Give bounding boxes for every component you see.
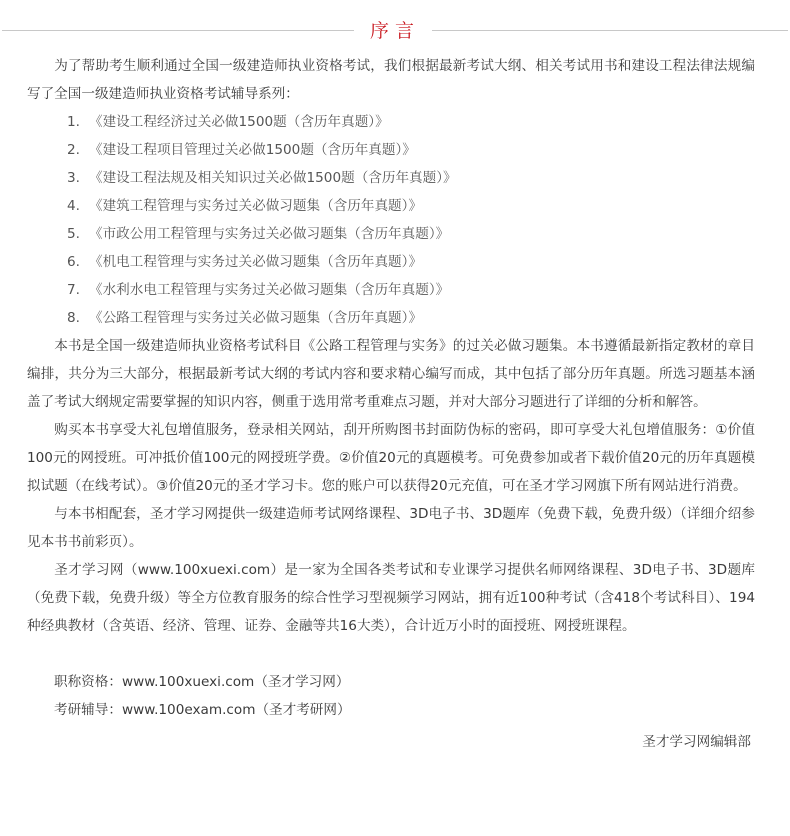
page-title: 序言 (360, 18, 430, 44)
list-number: 7. (67, 276, 89, 304)
list-item: 4.《建筑工程管理与实务过关必做习题集（含历年真题）》 (27, 192, 755, 220)
book-title: 《水利水电工程管理与实务过关必做习题集（含历年真题）》 (89, 282, 449, 298)
book-title: 《建设工程项目管理过关必做1500题（含历年真题）》 (89, 142, 416, 158)
link-suffix: （圣才学习网） (254, 674, 349, 690)
book-title: 《公路工程管理与实务过关必做习题集（含历年真题）》 (89, 310, 422, 326)
header-rule-left (2, 30, 354, 31)
intro-paragraph: 为了帮助考生顺利通过全国一级建造师执业资格考试，我们根据最新考试大纲、相关考试用… (27, 52, 755, 108)
link-row-exam: 考研辅导：www.100exam.com（圣才考研网） (54, 696, 755, 724)
list-item: 1.《建设工程经济过关必做1500题（含历年真题）》 (27, 108, 755, 136)
book-description-paragraph: 本书是全国一级建造师执业资格考试科目《公路工程管理与实务》的过关必做习题集。本书… (27, 332, 755, 416)
list-number: 5. (67, 220, 89, 248)
book-title: 《机电工程管理与实务过关必做习题集（含历年真题）》 (89, 254, 422, 270)
link-label: 职称资格： (54, 674, 122, 690)
spacer (27, 640, 755, 668)
link-label: 考研辅导： (54, 702, 122, 718)
website-intro-paragraph: 圣才学习网（www.100xuexi.com）是一家为全国各类考试和专业课学习提… (27, 556, 755, 640)
link-url-100xuexi[interactable]: www.100xuexi.com (122, 674, 254, 690)
header-rule-right (432, 30, 788, 31)
list-item: 2.《建设工程项目管理过关必做1500题（含历年真题）》 (27, 136, 755, 164)
preface-body: 为了帮助考生顺利通过全国一级建造师执业资格考试，我们根据最新考试大纲、相关考试用… (27, 52, 755, 756)
book-series-list: 1.《建设工程经济过关必做1500题（含历年真题）》 2.《建设工程项目管理过关… (27, 108, 755, 332)
link-url-100exam[interactable]: www.100exam.com (122, 702, 255, 718)
companion-resources-paragraph: 与本书相配套，圣才学习网提供一级建造师考试网络课程、3D电子书、3D题库（免费下… (27, 500, 755, 556)
website-links: 职称资格：www.100xuexi.com（圣才学习网） 考研辅导：www.10… (27, 668, 755, 724)
list-item: 7.《水利水电工程管理与实务过关必做习题集（含历年真题）》 (27, 276, 755, 304)
list-item: 3.《建设工程法规及相关知识过关必做1500题（含历年真题）》 (27, 164, 755, 192)
list-item: 6.《机电工程管理与实务过关必做习题集（含历年真题）》 (27, 248, 755, 276)
editorial-signature: 圣才学习网编辑部 (27, 728, 755, 756)
list-number: 2. (67, 136, 89, 164)
bonus-services-paragraph: 购买本书享受大礼包增值服务，登录相关网站，刮开所购图书封面防伪标的密码，即可享受… (27, 416, 755, 500)
list-number: 3. (67, 164, 89, 192)
list-item: 5.《市政公用工程管理与实务过关必做习题集（含历年真题）》 (27, 220, 755, 248)
list-number: 1. (67, 108, 89, 136)
book-title: 《建设工程法规及相关知识过关必做1500题（含历年真题）》 (89, 170, 457, 186)
book-title: 《建筑工程管理与实务过关必做习题集（含历年真题）》 (89, 198, 422, 214)
book-title: 《建设工程经济过关必做1500题（含历年真题）》 (89, 114, 389, 130)
link-suffix: （圣才考研网） (255, 702, 350, 718)
list-number: 8. (67, 304, 89, 332)
list-number: 6. (67, 248, 89, 276)
list-item: 8.《公路工程管理与实务过关必做习题集（含历年真题）》 (27, 304, 755, 332)
link-row-xuexi: 职称资格：www.100xuexi.com（圣才学习网） (54, 668, 755, 696)
list-number: 4. (67, 192, 89, 220)
book-title: 《市政公用工程管理与实务过关必做习题集（含历年真题）》 (89, 226, 449, 242)
preface-header: 序言 (0, 18, 790, 44)
